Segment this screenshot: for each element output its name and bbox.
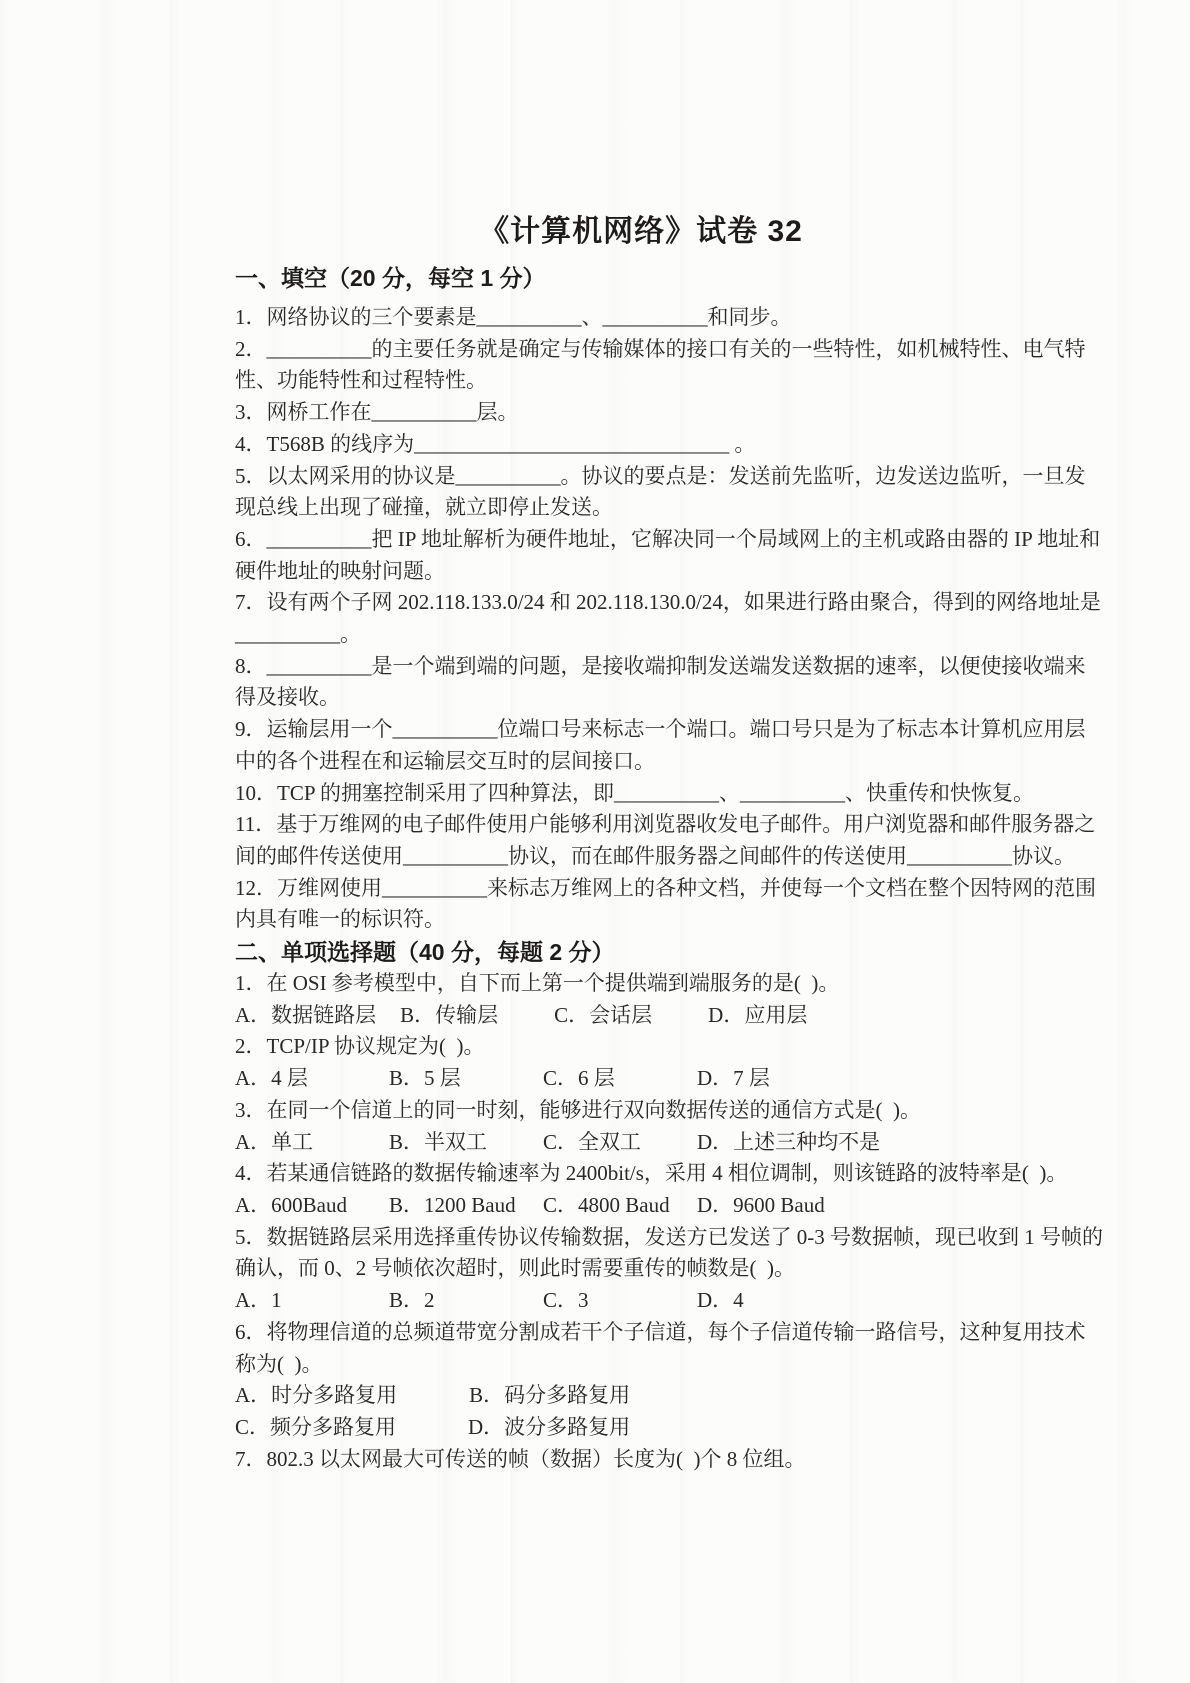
fill-item: 9．运输层用一个__________位端口号来标志一个端口。端口号只是为了标志本… bbox=[235, 714, 1103, 777]
option: D．4 bbox=[697, 1285, 827, 1317]
options-row: A．单工B．半双工C．全双工D．上述三种均不是 bbox=[235, 1127, 1103, 1159]
fill-item: 2．__________的主要任务就是确定与传输媒体的接口有关的一些特性，如机械… bbox=[235, 334, 1103, 397]
question-stem: 2．TCP/IP 协议规定为( )。 bbox=[235, 1031, 1103, 1063]
option: C．会话层 bbox=[554, 1000, 684, 1032]
exam-title: 《计算机网络》试卷 32 bbox=[235, 214, 1047, 250]
option: C．4800 Baud bbox=[543, 1190, 673, 1222]
section-multiple-choice: 二、单项选择题（40 分，每题 2 分） 1．在 OSI 参考模型中，自下而上第… bbox=[235, 936, 1103, 1475]
option: B．码分多路复用 bbox=[469, 1380, 630, 1412]
option: C．全双工 bbox=[543, 1127, 673, 1159]
options-row: C．频分多路复用D．波分多路复用 bbox=[235, 1412, 1103, 1444]
option: D．应用层 bbox=[708, 1000, 838, 1032]
multiple-choice-heading: 二、单项选择题（40 分，每题 2 分） bbox=[235, 936, 1103, 968]
option: A．单工 bbox=[235, 1127, 365, 1159]
exam-content: 《计算机网络》试卷 32 一、填空（20 分，每空 1 分） 1．网络协议的三个… bbox=[235, 214, 1103, 1475]
options-row: A．600BaudB．1200 BaudC．4800 BaudD．9600 Ba… bbox=[235, 1190, 1103, 1222]
fill-item: 4．T568B 的线序为____________________________… bbox=[235, 429, 1103, 461]
option: C．频分多路复用 bbox=[235, 1412, 396, 1444]
fill-item: 3．网桥工作在__________层。 bbox=[235, 397, 1103, 429]
options-row: A．4 层B．5 层C．6 层D．7 层 bbox=[235, 1063, 1103, 1095]
option: B．5 层 bbox=[389, 1063, 519, 1095]
question-stem: 7．802.3 以太网最大可传送的帧（数据）长度为( )个 8 位组。 bbox=[235, 1444, 1103, 1476]
option: B．半双工 bbox=[389, 1127, 519, 1159]
fill-item: 8．__________是一个端到端的问题，是接收端抑制发送端发送数据的速率，以… bbox=[235, 651, 1103, 714]
section-fill-blank: 一、填空（20 分，每空 1 分） 1．网络协议的三个要素是__________… bbox=[235, 262, 1103, 936]
option: A．1 bbox=[235, 1285, 365, 1317]
option: B．1200 Baud bbox=[389, 1190, 519, 1222]
option: C．6 层 bbox=[543, 1063, 673, 1095]
options-row: A．时分多路复用B．码分多路复用 bbox=[235, 1380, 1103, 1412]
fill-item: 5．以太网采用的协议是__________。协议的要点是：发送前先监听，边发送边… bbox=[235, 461, 1103, 524]
option: A．600Baud bbox=[235, 1190, 365, 1222]
option: A．4 层 bbox=[235, 1063, 365, 1095]
options-row: A．数据链路层B．传输层C．会话层D．应用层 bbox=[235, 1000, 1103, 1032]
question-stem: 5．数据链路层采用选择重传协议传输数据，发送方已发送了 0-3 号数据帧，现已收… bbox=[235, 1222, 1103, 1285]
fill-item: 11．基于万维网的电子邮件使用户能够利用浏览器收发电子邮件。用户浏览器和邮件服务… bbox=[235, 809, 1103, 872]
fill-item: 7．设有两个子网 202.118.133.0/24 和 202.118.130.… bbox=[235, 587, 1103, 650]
fill-blank-items: 1．网络协议的三个要素是__________、__________和同步。2．_… bbox=[235, 302, 1103, 936]
option: D．上述三种均不是 bbox=[697, 1127, 880, 1159]
exam-page: 《计算机网络》试卷 32 一、填空（20 分，每空 1 分） 1．网络协议的三个… bbox=[0, 0, 1190, 1683]
question-stem: 6．将物理信道的总频道带宽分割成若干个子信道，每个子信道传输一路信号，这种复用技… bbox=[235, 1317, 1103, 1380]
fill-item: 12．万维网使用__________来标志万维网上的各种文档，并使每一个文档在整… bbox=[235, 873, 1103, 936]
multiple-choice-questions: 1．在 OSI 参考模型中，自下而上第一个提供端到端服务的是( )。A．数据链路… bbox=[235, 968, 1103, 1475]
option: D．波分多路复用 bbox=[468, 1412, 630, 1444]
option: B．2 bbox=[389, 1285, 519, 1317]
fill-blank-heading: 一、填空（20 分，每空 1 分） bbox=[235, 262, 1103, 294]
question-stem: 4．若某通信链路的数据传输速率为 2400bit/s，采用 4 相位调制，则该链… bbox=[235, 1158, 1103, 1190]
question-stem: 3．在同一个信道上的同一时刻，能够进行双向数据传送的通信方式是( )。 bbox=[235, 1095, 1103, 1127]
fill-item: 10．TCP 的拥塞控制采用了四种算法，即__________、________… bbox=[235, 778, 1103, 810]
option: A．数据链路层 bbox=[235, 1000, 376, 1032]
fill-item: 6．__________把 IP 地址解析为硬件地址，它解决同一个局域网上的主机… bbox=[235, 524, 1103, 587]
option: A．时分多路复用 bbox=[235, 1380, 397, 1412]
option: C．3 bbox=[543, 1285, 673, 1317]
option: B．传输层 bbox=[400, 1000, 530, 1032]
fill-item: 1．网络协议的三个要素是__________、__________和同步。 bbox=[235, 302, 1103, 334]
question-stem: 1．在 OSI 参考模型中，自下而上第一个提供端到端服务的是( )。 bbox=[235, 968, 1103, 1000]
options-row: A．1B．2C．3D．4 bbox=[235, 1285, 1103, 1317]
option: D．7 层 bbox=[697, 1063, 827, 1095]
option: D．9600 Baud bbox=[697, 1190, 827, 1222]
